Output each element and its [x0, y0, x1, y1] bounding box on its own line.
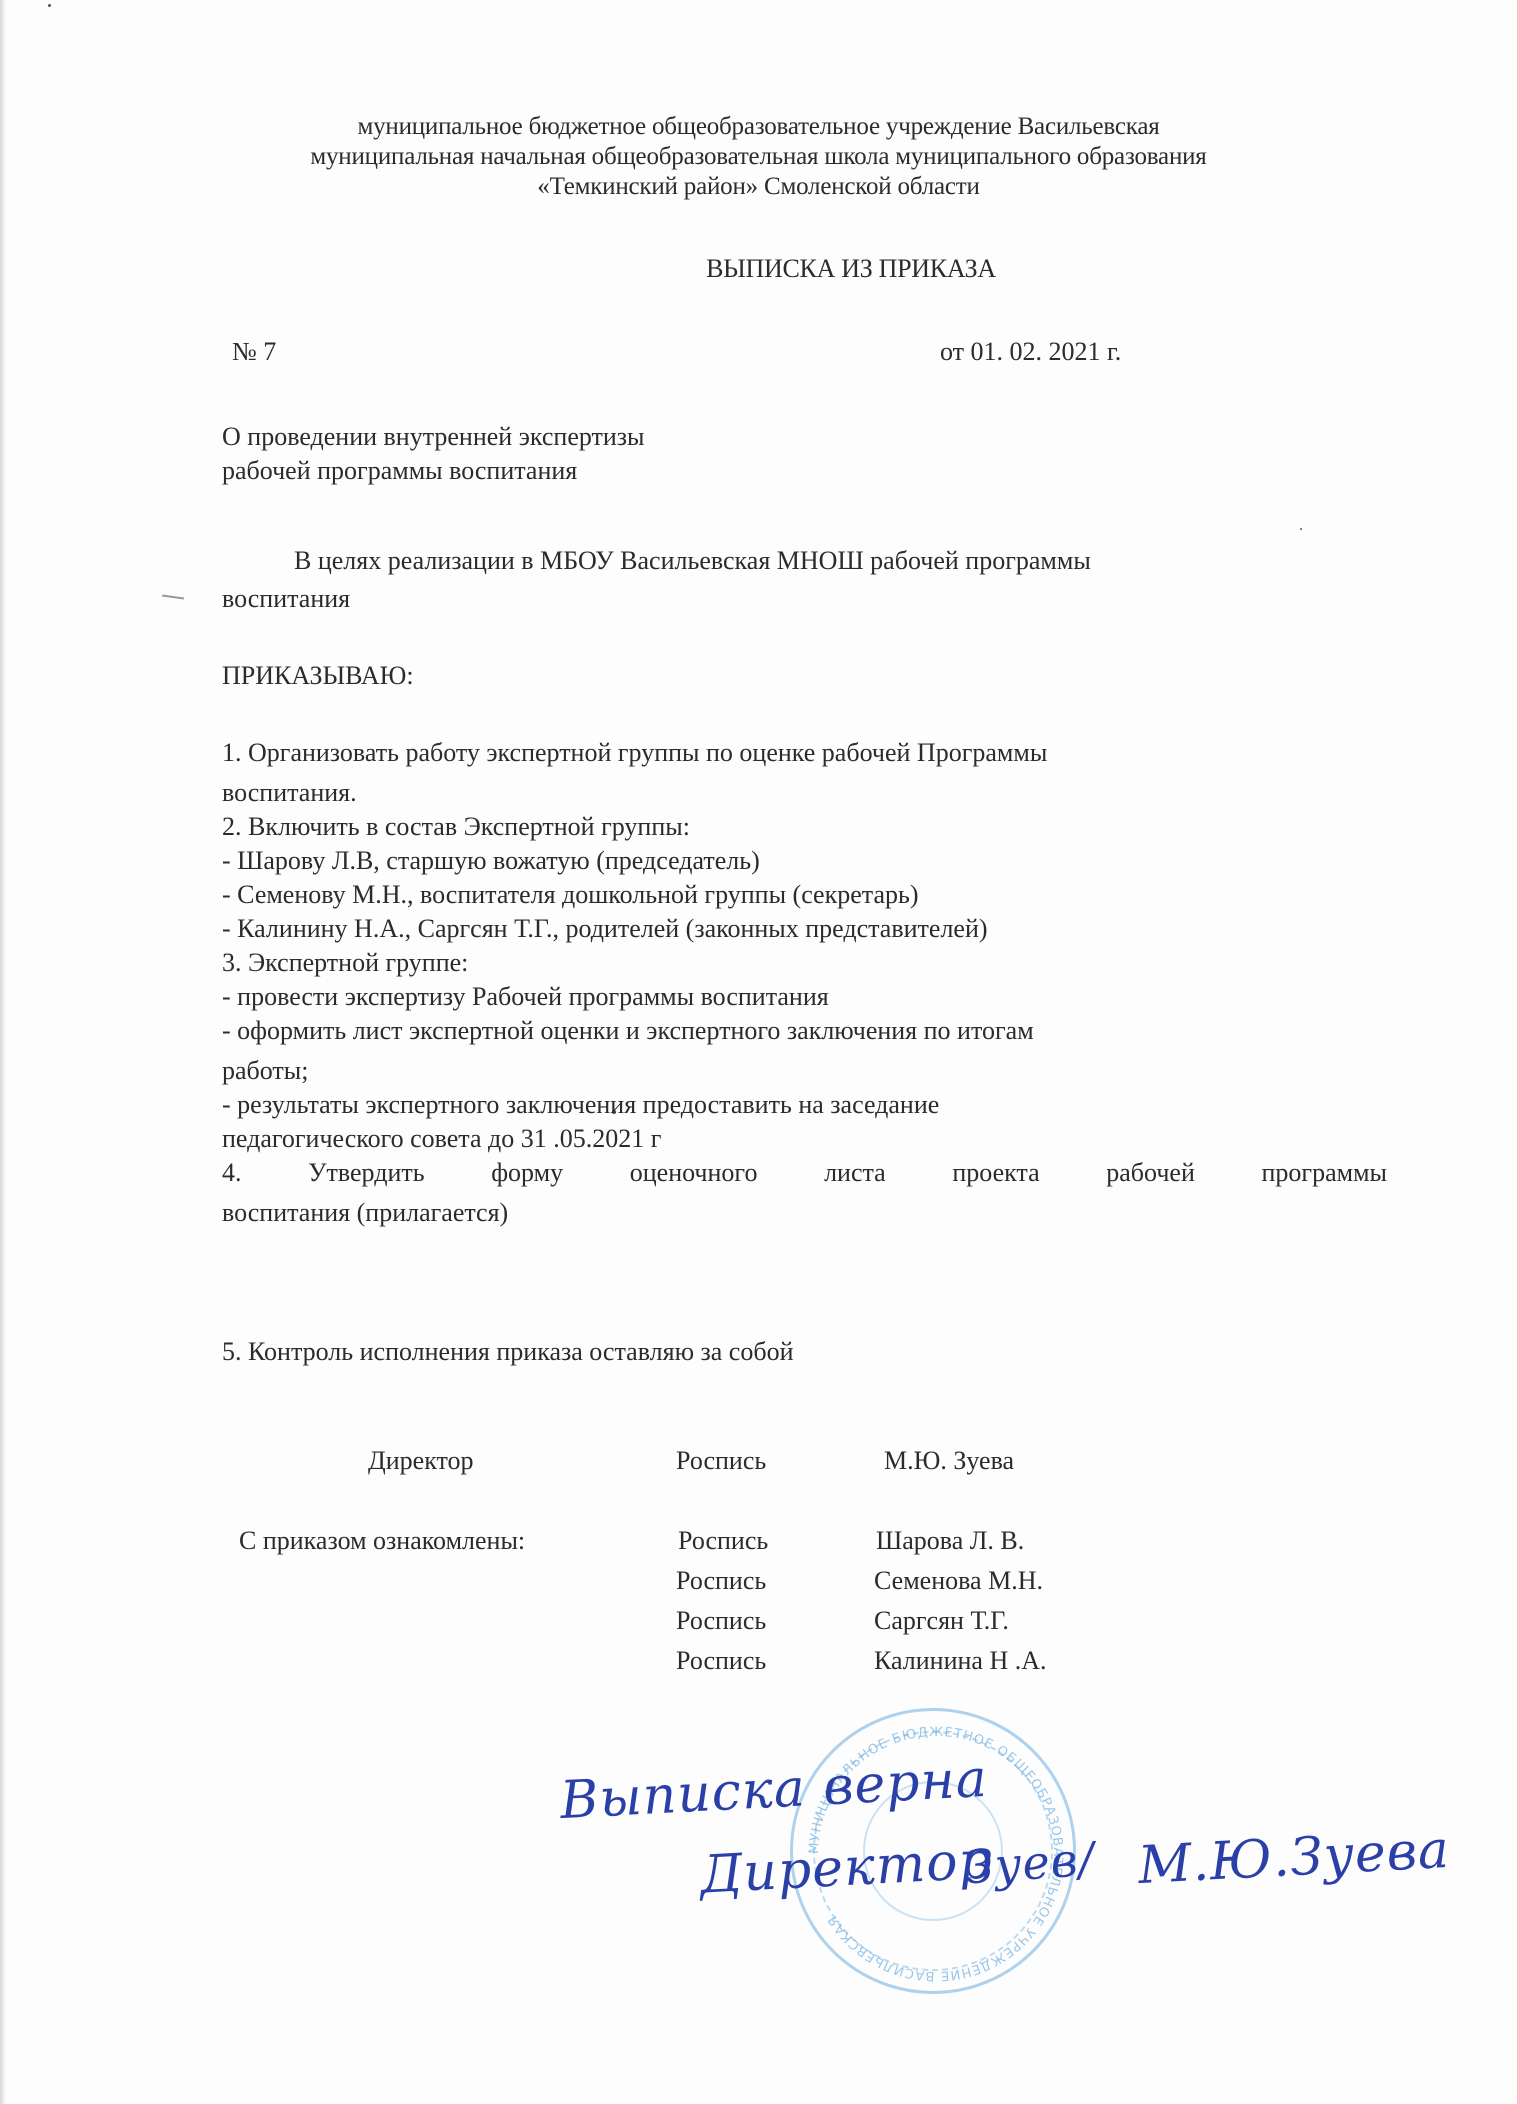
scan-speck — [48, 4, 51, 7]
handwritten-director-name: М.Ю.Зуева — [1137, 1820, 1452, 1896]
ack-signature: Роспись — [678, 1526, 768, 1556]
ack-signature: Роспись — [676, 1606, 766, 1636]
header-line: муниципальное бюджетное общеобразователь… — [0, 112, 1517, 142]
item-line: 3. Экспертной группе: — [222, 946, 1387, 980]
intro-line: В целях реализации в МБОУ Васильевская М… — [222, 544, 1387, 582]
ack-name: Калинина Н .А. — [874, 1646, 1047, 1676]
header-line: муниципальная начальная общеобразователь… — [0, 142, 1517, 172]
item-line: - провести экспертизу Рабочей программы … — [222, 980, 1387, 1014]
intro-line: воспитания — [222, 582, 1387, 616]
ack-signature: Роспись — [676, 1646, 766, 1676]
order-items: 1. Организовать работу экспертной группы… — [222, 736, 1387, 1230]
acknowledged-label: С приказом ознакомлены: — [239, 1526, 525, 1556]
item-line: - Калинину Н.А., Саргсян Т.Г., родителей… — [222, 912, 1387, 946]
scan-speck — [1300, 528, 1302, 530]
item-line: - результаты экспертного заключения пред… — [222, 1088, 1387, 1122]
header-line: «Темкинский район» Смоленской области — [0, 172, 1517, 202]
order-number: № 7 — [232, 337, 276, 367]
item-line: - Шарову Л.В, старшую вожатую (председат… — [222, 844, 1387, 878]
item-line: - оформить лист экспертной оценки и эксп… — [222, 1014, 1387, 1054]
item-line: 4. Утвердить форму оценочного листа прое… — [222, 1156, 1387, 1196]
handwritten-signature: Зуев/ — [963, 1832, 1096, 1895]
ack-signature: Роспись — [676, 1566, 766, 1596]
item-line: педагогического совета до 31 .05.2021 г — [222, 1122, 1387, 1156]
director-name: М.Ю. Зуева — [884, 1446, 1014, 1476]
item-line: воспитания. — [222, 776, 1387, 810]
item-line: воспитания (прилагается) — [222, 1196, 1387, 1230]
item-line: 1. Организовать работу экспертной группы… — [222, 736, 1387, 776]
order-date: от 01. 02. 2021 г. — [940, 337, 1121, 367]
scan-edge — [0, 0, 6, 2104]
institution-header: муниципальное бюджетное общеобразователь… — [0, 112, 1517, 202]
intro-paragraph: В целях реализации в МБОУ Васильевская М… — [222, 544, 1387, 616]
item-line: - Семенову М.Н., воспитателя дошкольной … — [222, 878, 1387, 912]
order-subject: О проведении внутренней экспертизы рабоч… — [222, 420, 645, 488]
ack-name: Саргсян Т.Г. — [874, 1606, 1009, 1636]
director-signature-placeholder: Роспись — [676, 1446, 766, 1476]
subject-line: рабочей программы воспитания — [222, 454, 645, 488]
subject-line: О проведении внутренней экспертизы — [222, 420, 645, 454]
ack-name: Шарова Л. В. — [876, 1526, 1024, 1556]
order-keyword: ПРИКАЗЫВАЮ: — [222, 659, 1387, 693]
document-title: ВЫПИСКА ИЗ ПРИКАЗА — [0, 254, 1517, 284]
scan-mark — [162, 594, 184, 599]
ack-name: Семенова М.Н. — [874, 1566, 1043, 1596]
item-line: 2. Включить в состав Экспертной группы: — [222, 810, 1387, 844]
item-line: работы; — [222, 1054, 1387, 1088]
order-item-5: 5. Контроль исполнения приказа оставляю … — [222, 1335, 1387, 1369]
document-page: муниципальное бюджетное общеобразователь… — [0, 0, 1517, 2104]
director-role: Директор — [368, 1446, 474, 1476]
